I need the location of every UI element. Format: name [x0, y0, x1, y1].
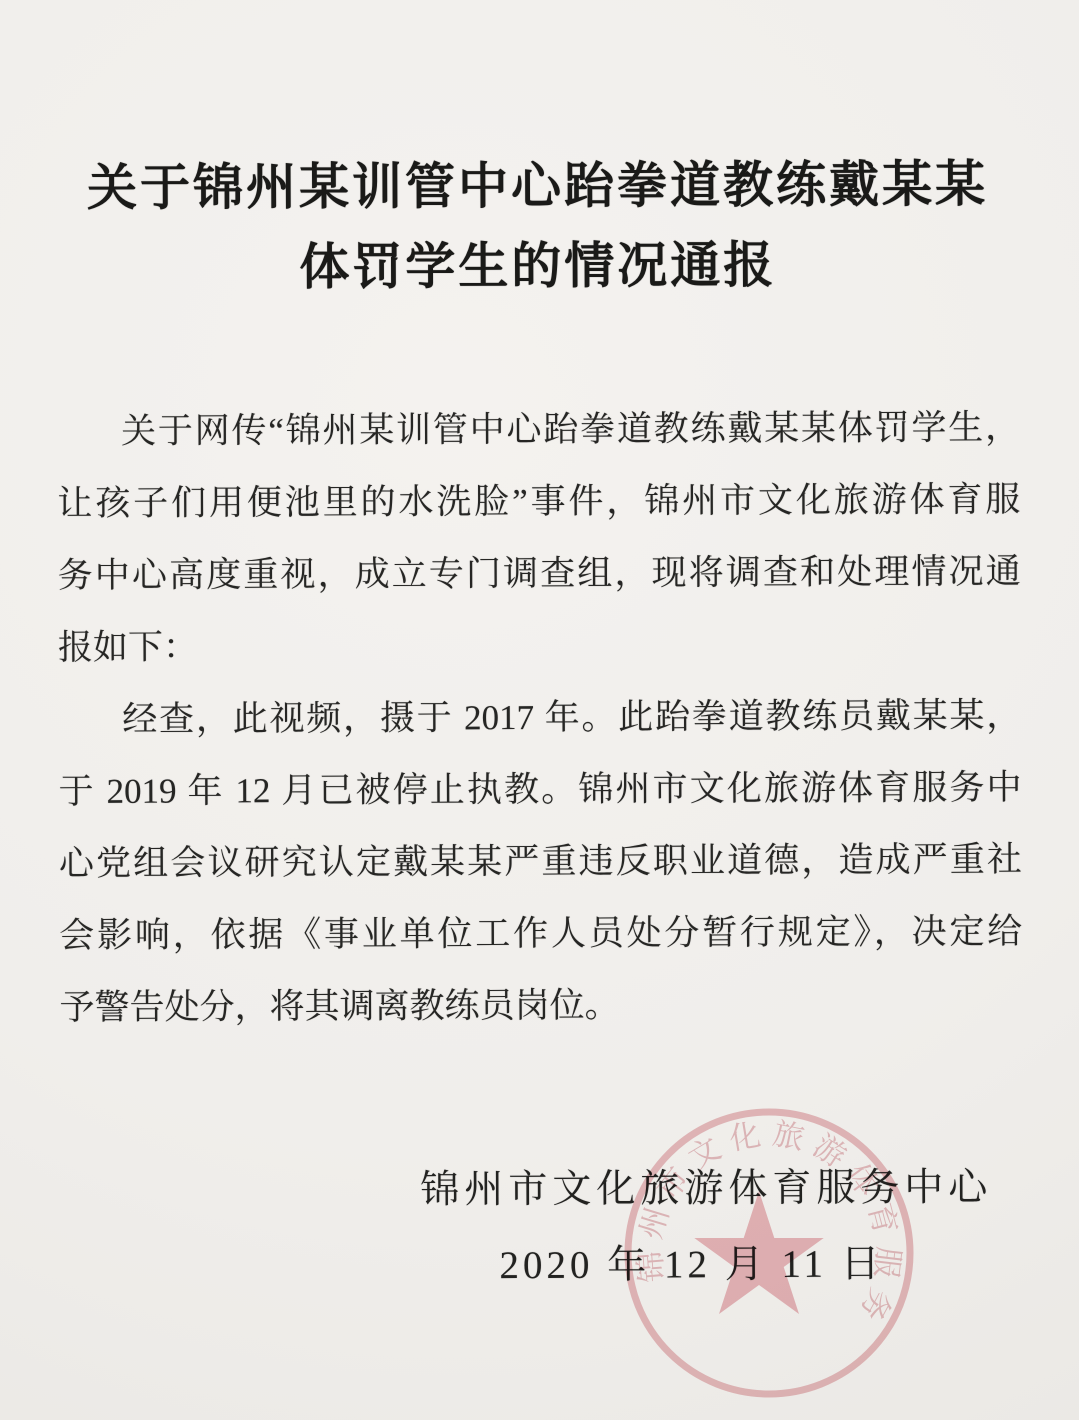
document-content: 关于锦州某训管中心跆拳道教练戴某某 体罚学生的情况通报 关于网传“锦州某训管中心…	[0, 0, 1079, 1294]
body-line: 让孩子们用便池里的水洗脸”事件，锦州市文化旅游体育服	[57, 464, 1020, 540]
title-line-1: 关于锦州某训管中心跆拳道教练戴某某	[56, 144, 1019, 228]
body-line: 予警告处分，将其调离教练员岗位。	[59, 968, 1022, 1044]
body-line: 经查，此视频，摄于 2017 年。此跆拳道教练员戴某某，	[58, 680, 1021, 756]
issue-date: 2020 年 12 月 11 日	[61, 1238, 1024, 1294]
body-line: 会影响，依据《事业单位工作人员处分暂行规定》，决定给	[59, 896, 1022, 972]
document-page: 关于锦州某训管中心跆拳道教练戴某某 体罚学生的情况通报 关于网传“锦州某训管中心…	[0, 0, 1079, 1420]
body-line: 务中心高度重视，成立专门调查组，现将调查和处理情况通	[58, 536, 1021, 612]
title-line-2: 体罚学生的情况通报	[56, 224, 1019, 308]
body-line: 报如下：	[58, 608, 1021, 684]
signature-block: 锦州市文化旅游体育服务中心 2020 年 12 月 11 日	[60, 1162, 1024, 1294]
issuing-organization: 锦州市文化旅游体育服务中心	[60, 1162, 1023, 1218]
document-title: 关于锦州某训管中心跆拳道教练戴某某 体罚学生的情况通报	[56, 144, 1020, 308]
document-body: 关于网传“锦州某训管中心跆拳道教练戴某某体罚学生， 让孩子们用便池里的水洗脸”事…	[57, 392, 1023, 1044]
body-line: 于 2019 年 12 月已被停止执教。锦州市文化旅游体育服务中	[58, 752, 1021, 828]
body-line: 关于网传“锦州某训管中心跆拳道教练戴某某体罚学生，	[57, 392, 1020, 468]
body-line: 心党组会议研究认定戴某某严重违反职业道德，造成严重社	[59, 824, 1022, 900]
